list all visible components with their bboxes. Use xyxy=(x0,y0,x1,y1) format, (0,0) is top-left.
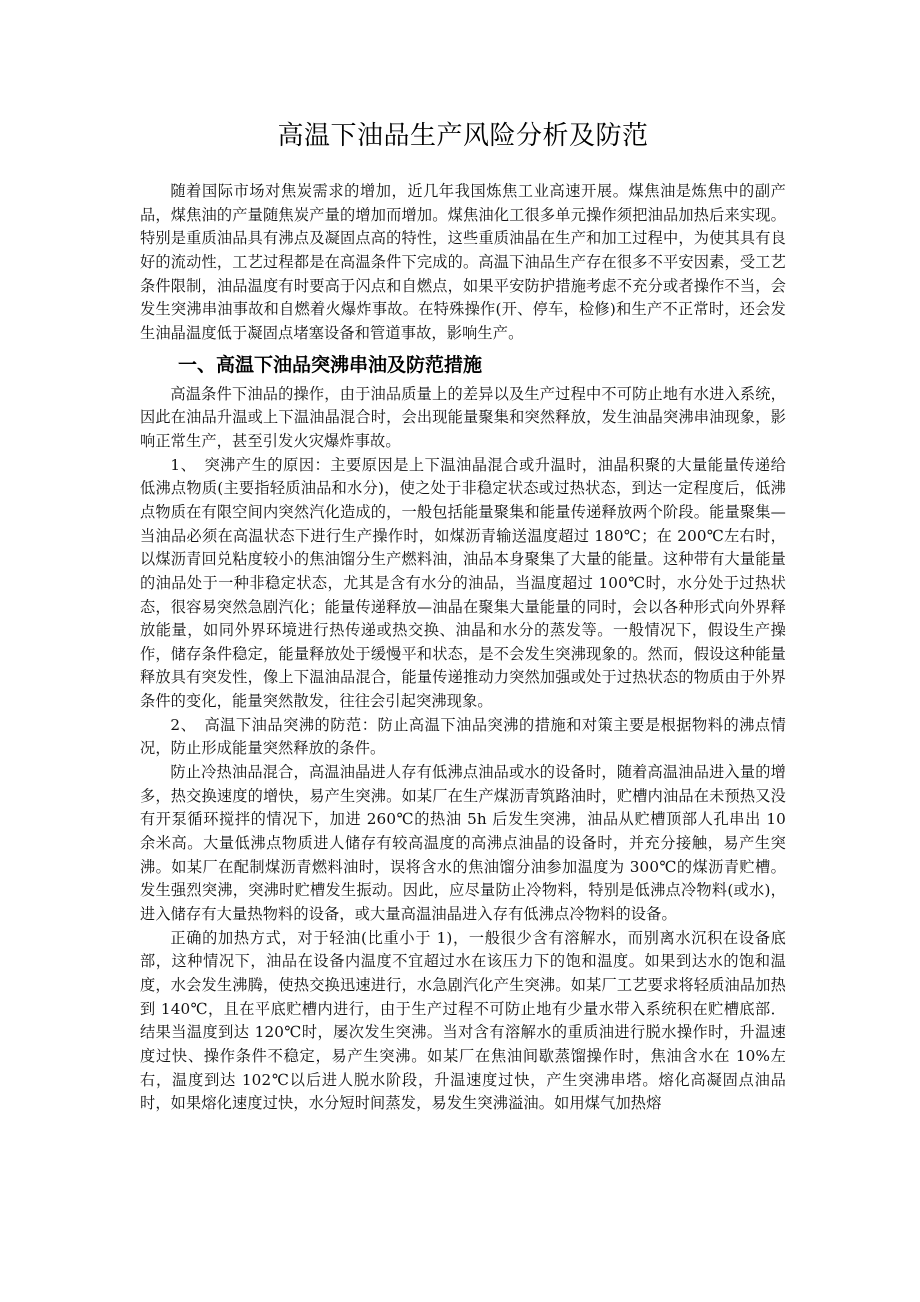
document-title: 高温下油品生产风险分析及防范 xyxy=(140,118,786,154)
document-body: 随着国际市场对焦炭需求的增加，近几年我国炼焦工业高速开展。煤焦油是炼焦中的副产品… xyxy=(140,180,786,1116)
body-paragraph: 1、 突沸产生的原因：主要原因是上下温油晶混合或升温时，油晶积聚的大量能量传递给… xyxy=(140,454,786,714)
intro-paragraph: 随着国际市场对焦炭需求的增加，近几年我国炼焦工业高速开展。煤焦油是炼焦中的副产品… xyxy=(140,180,786,346)
section-heading: 一、高温下油品突沸串油及防范措施 xyxy=(140,351,786,379)
body-paragraph: 2、 高温下油品突沸的防范：防止高温下油品突沸的措施和对策主要是根据物料的沸点情… xyxy=(140,714,786,761)
body-paragraph: 高温条件下油品的操作，由于油品质量上的差异以及生产过程中不可防止地有水进入系统，… xyxy=(140,383,786,454)
body-paragraph: 正确的加热方式，对于轻油(比重小于 1)，一般很少含有溶解水，而别离水沉积在设备… xyxy=(140,927,786,1116)
body-paragraph: 防止冷热油品混合，高温油晶进人存有低沸点油品或水的设备时，随着高温油品进入量的增… xyxy=(140,761,786,927)
